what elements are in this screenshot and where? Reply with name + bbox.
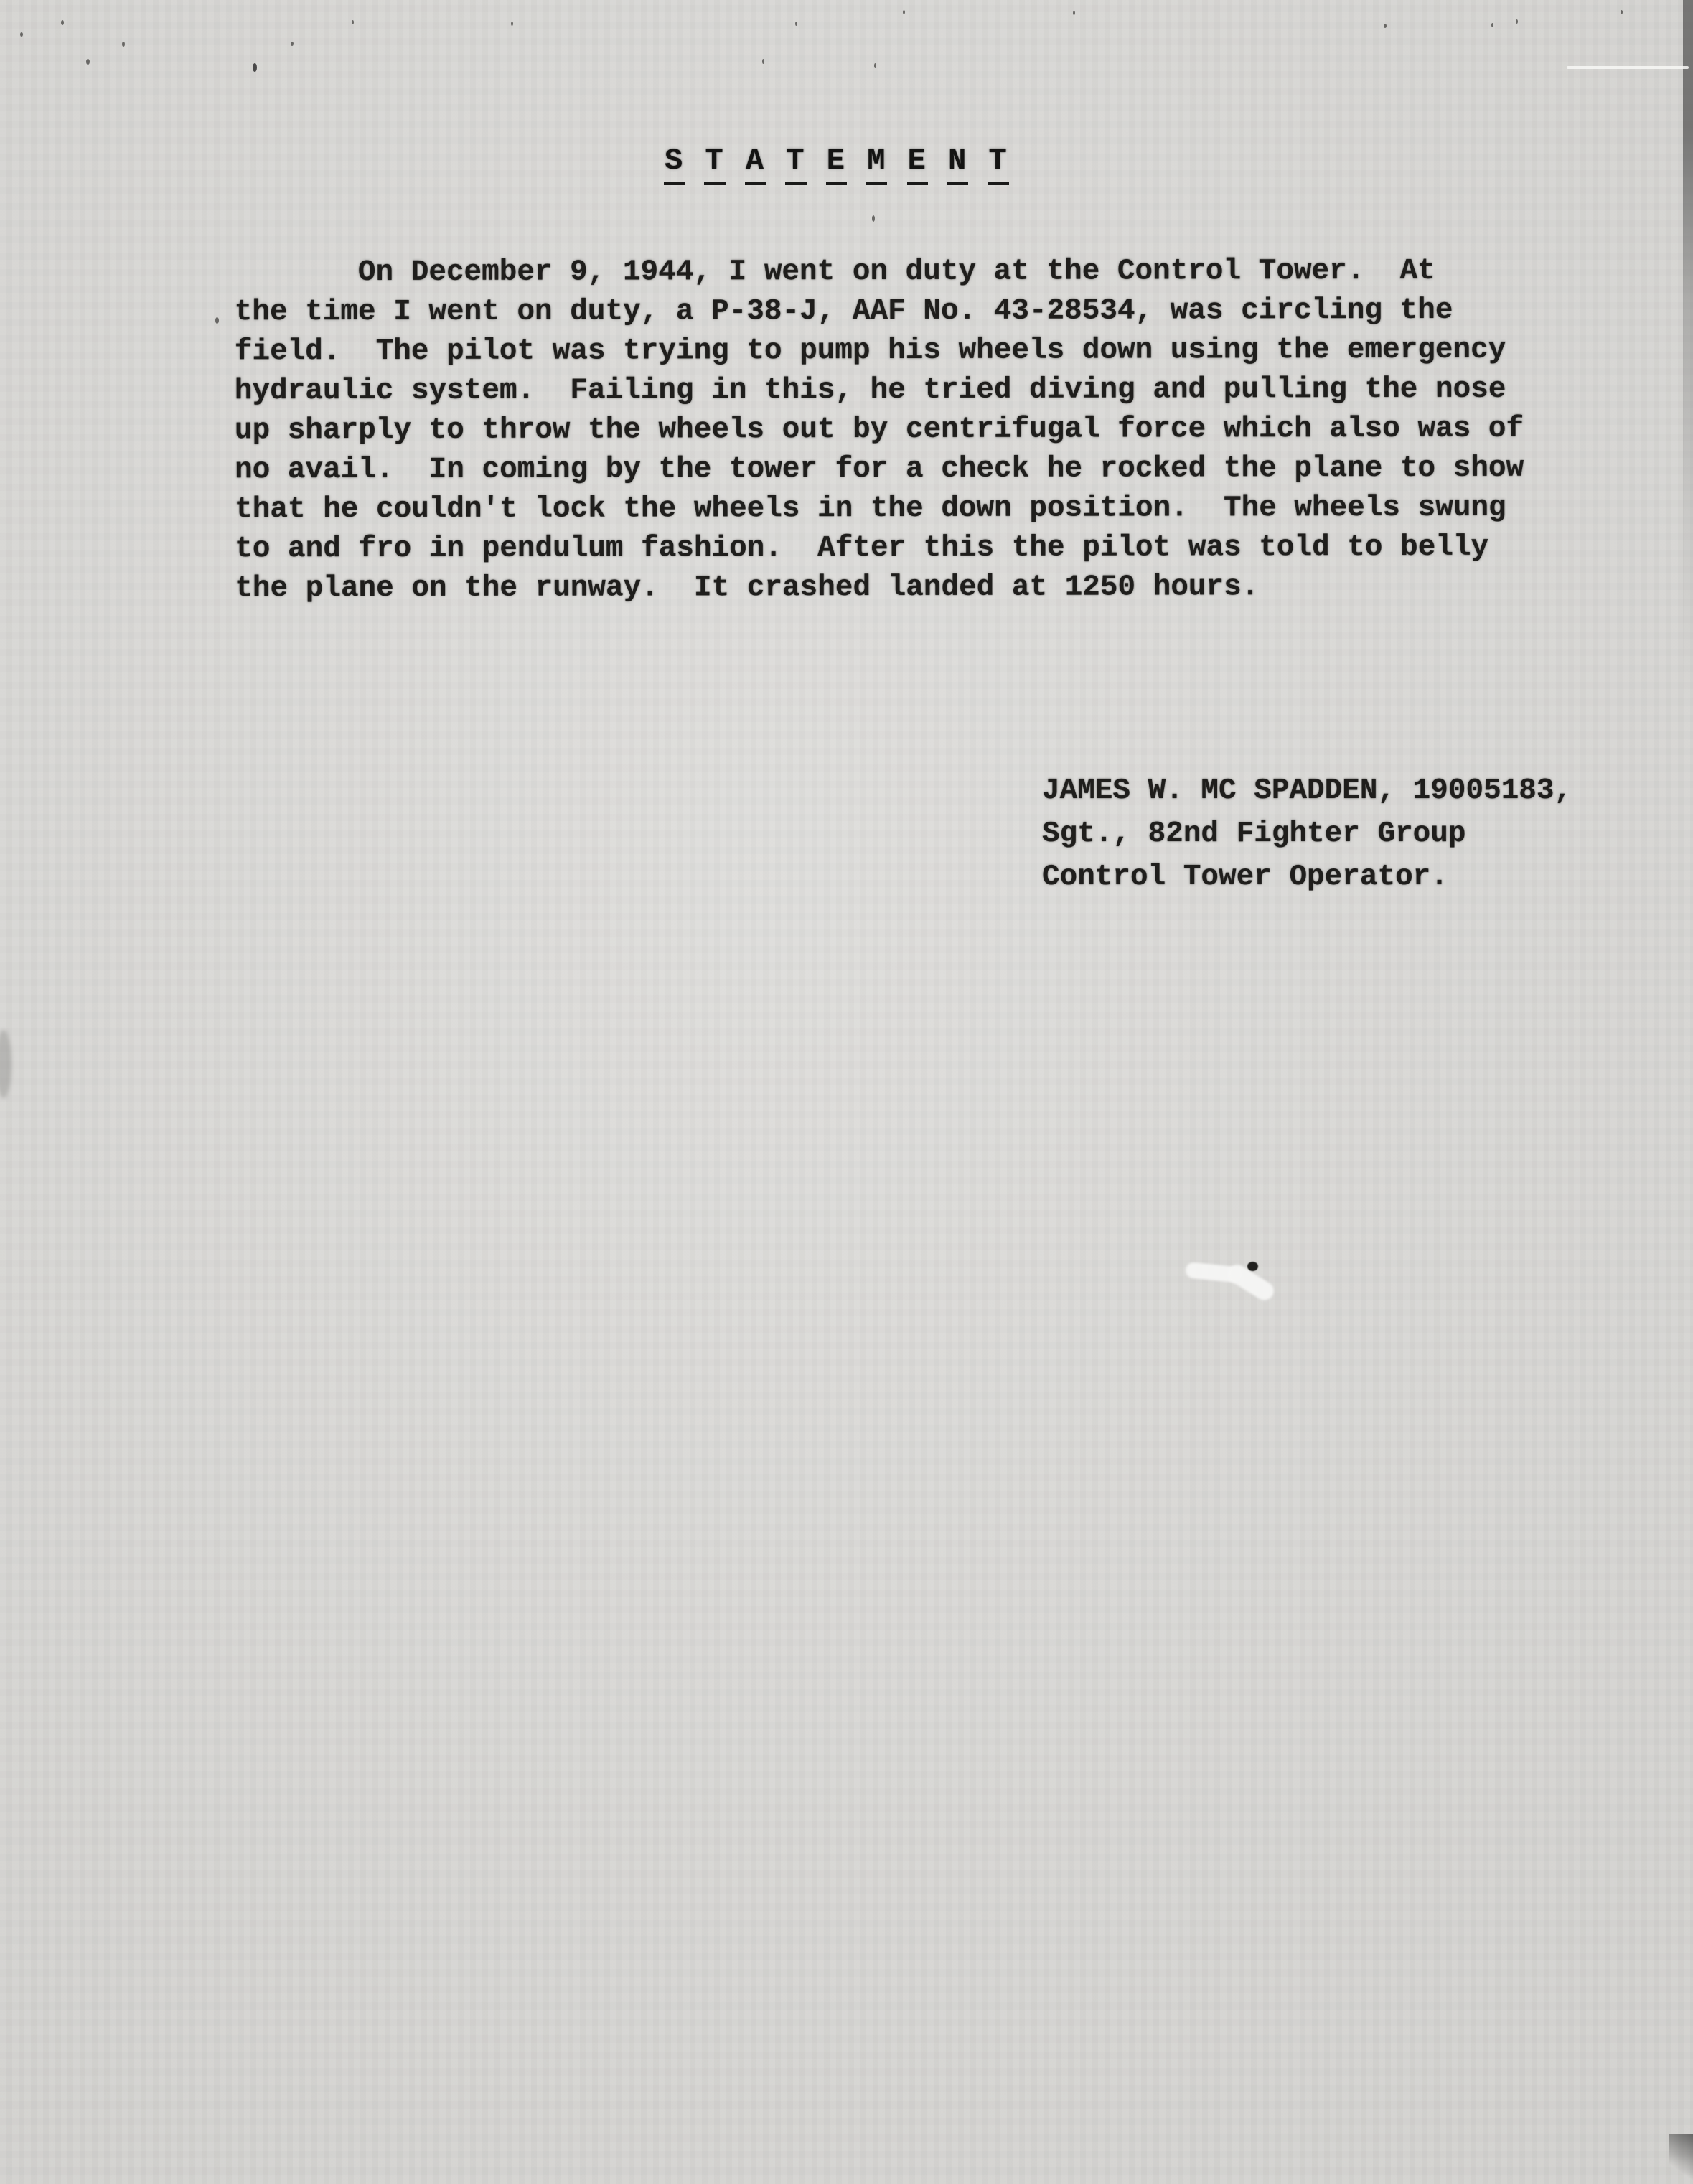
paper-speck	[61, 20, 64, 25]
corner-shadow	[1669, 2134, 1693, 2184]
ink-dot	[1247, 1262, 1258, 1271]
paper-speck	[1491, 23, 1493, 27]
paper-speck	[122, 42, 125, 47]
paper-speck	[253, 63, 257, 72]
paper-speck	[1621, 10, 1623, 14]
paper-smudge	[0, 1030, 11, 1098]
statement-paragraph: On December 9, 1944, I went on duty at t…	[235, 252, 1524, 609]
paper-speck	[1384, 24, 1387, 28]
scanned-document-page: S T A T E M E N T On December 9, 1944, I…	[0, 0, 1693, 2184]
white-scratch-mark	[1186, 1262, 1293, 1306]
paper-speck	[795, 22, 797, 26]
paper-speck	[903, 10, 905, 14]
paper-speck	[20, 32, 23, 37]
paper-speck	[511, 22, 513, 26]
scratch-mark	[1567, 66, 1689, 69]
paper-speck	[1516, 19, 1518, 24]
paper-speck	[1073, 11, 1075, 15]
paper-speck	[874, 63, 876, 68]
paper-speck	[762, 59, 764, 64]
paper-speck	[352, 20, 354, 24]
document-title: S T A T E M E N T	[664, 144, 1009, 185]
paper-speck	[291, 42, 294, 46]
paper-speck	[215, 317, 219, 324]
paper-speck	[86, 59, 90, 65]
signature-block: JAMES W. MC SPADDEN, 19005183, Sgt., 82n…	[1042, 769, 1572, 899]
paper-speck	[872, 215, 875, 222]
scan-edge-shadow	[1683, 0, 1693, 703]
